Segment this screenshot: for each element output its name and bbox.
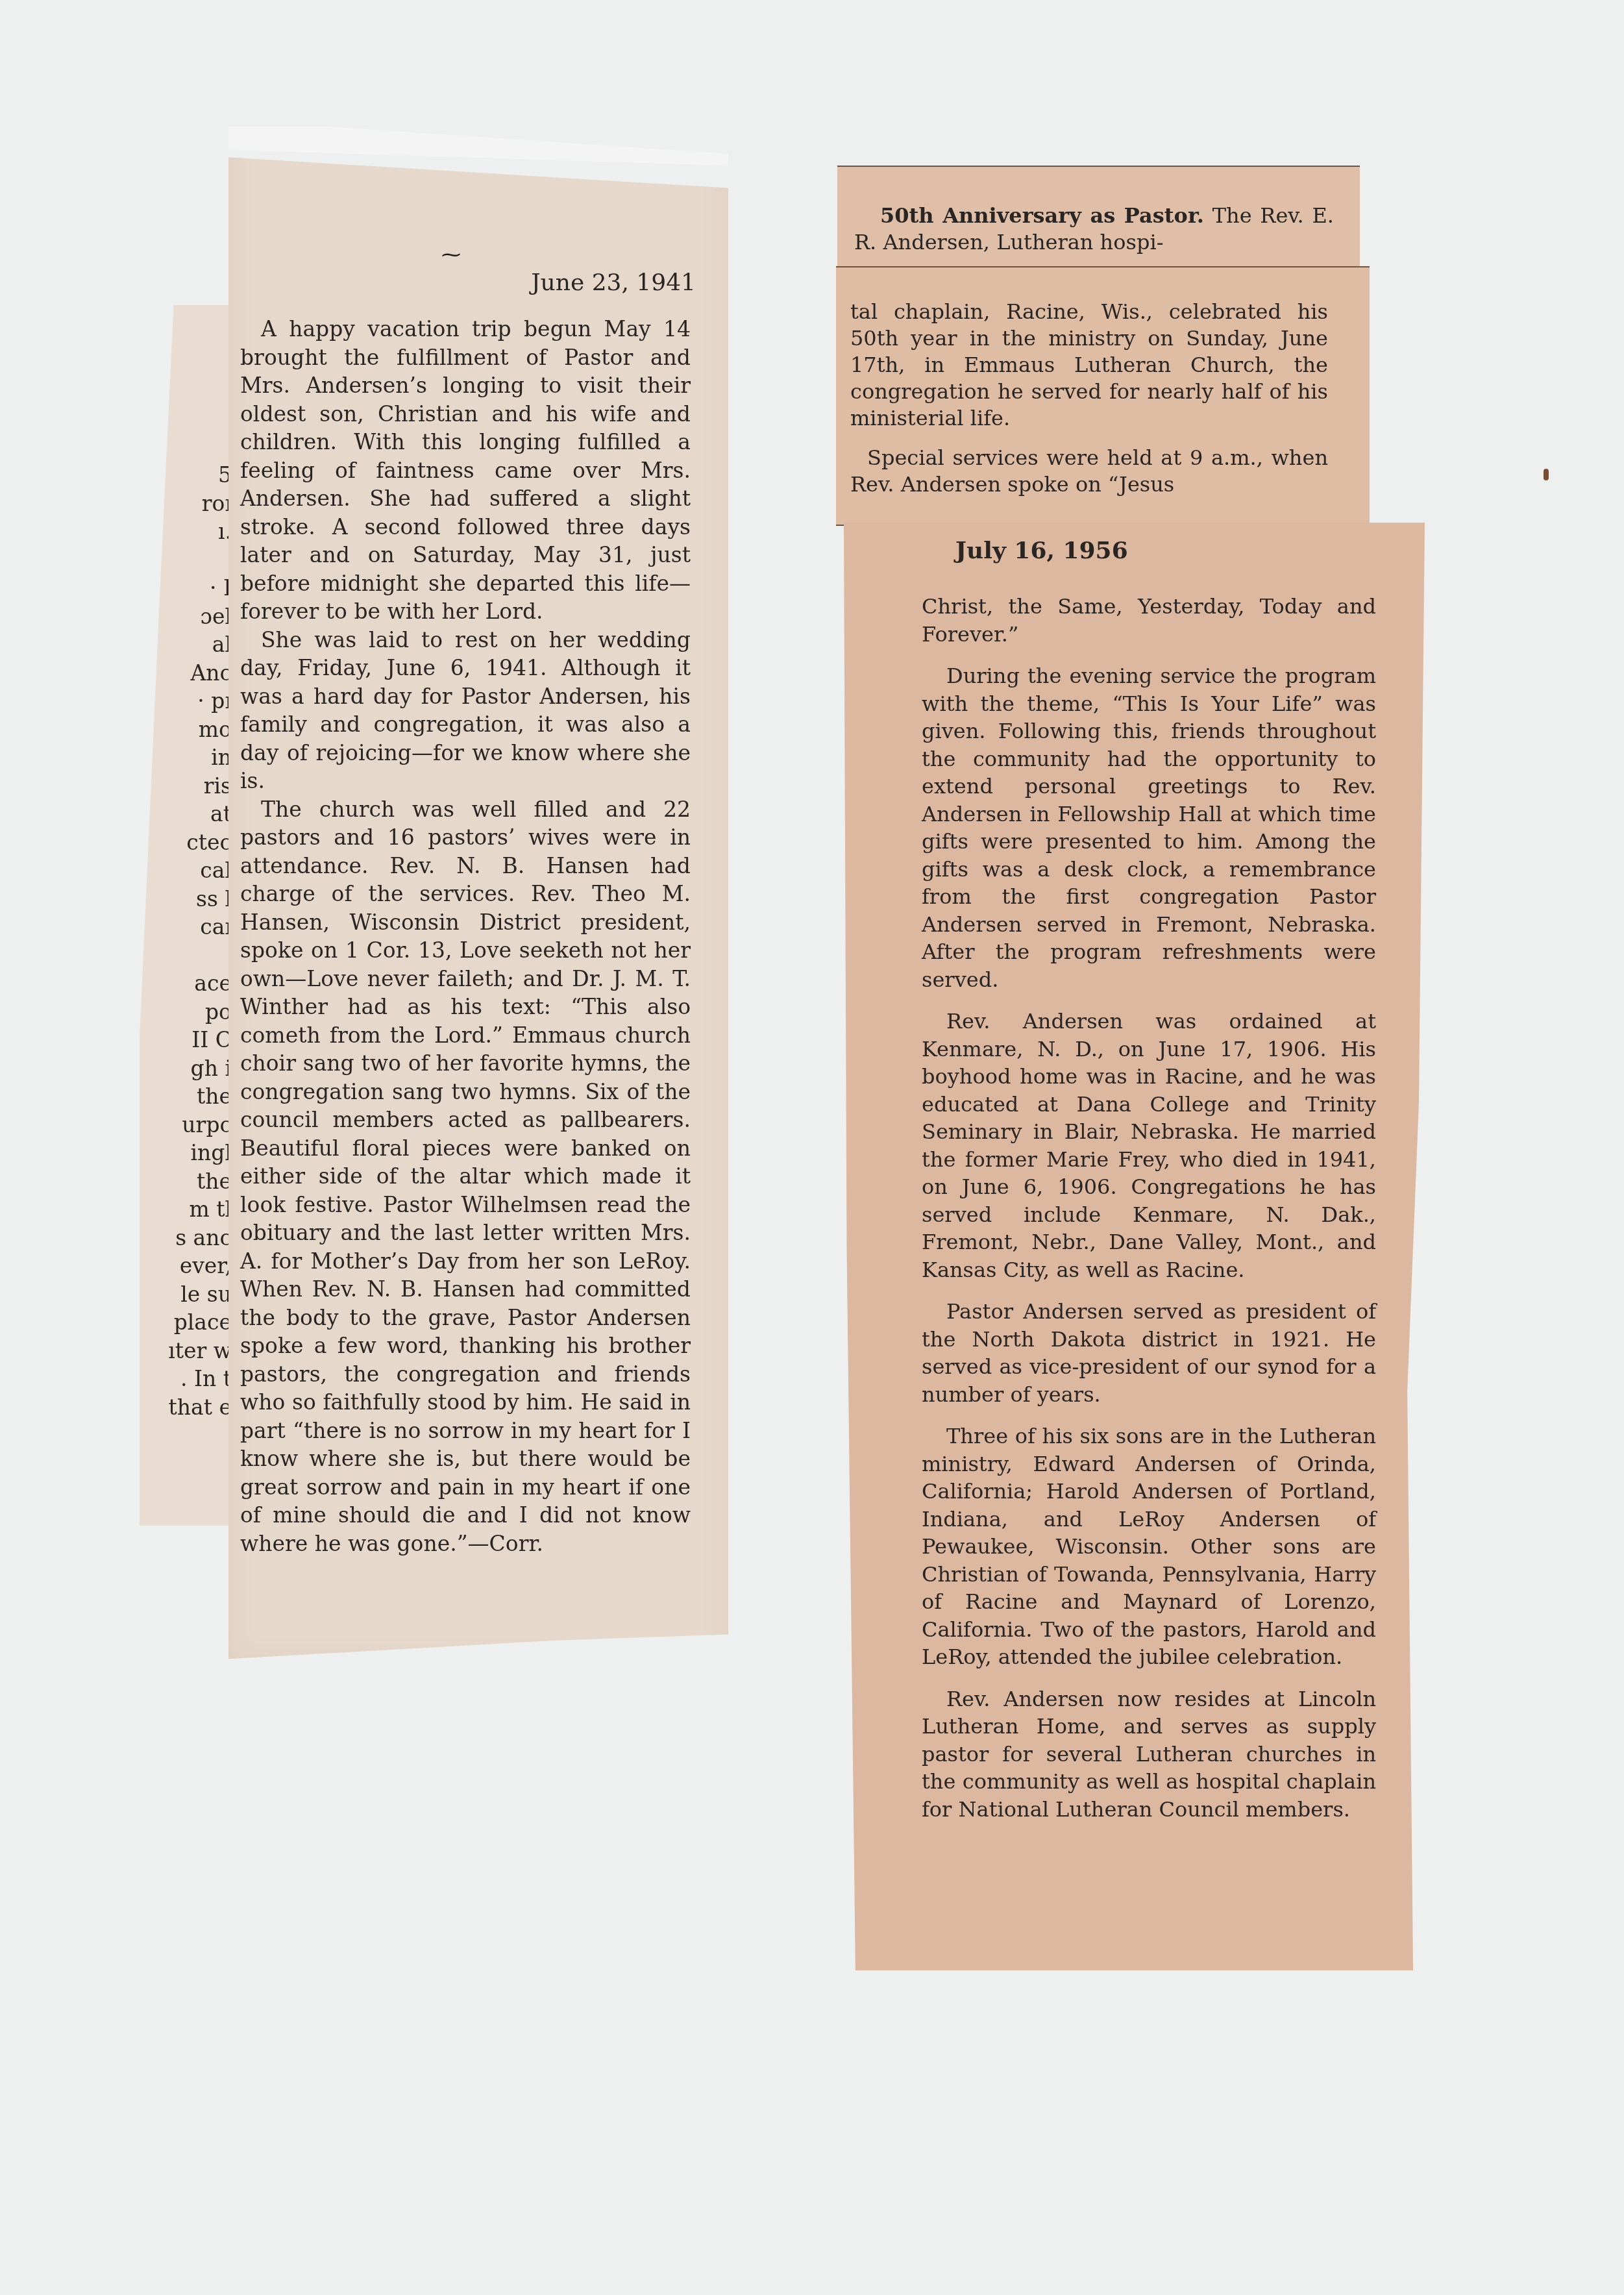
paragraph: During the evening service the pro­gram … <box>922 662 1376 993</box>
paragraph: Three of his six sons are in the Lu­ther… <box>922 1422 1376 1671</box>
paragraph: The church was well filled and 22 pastor… <box>240 795 691 1558</box>
headline-bold: 50th Anniversary as Pastor. <box>880 203 1204 228</box>
paper-speck <box>1544 469 1549 480</box>
paragraph: tal chaplain, Racine, Wis., celebrated h… <box>850 299 1328 432</box>
paragraph: Rev. Andersen now resides at Lin­coln Lu… <box>922 1685 1376 1824</box>
paragraph: She was laid to rest on her wedding day,… <box>240 626 691 795</box>
article-body: A happy vacation trip begun May 14 broug… <box>240 315 691 1557</box>
clipping-date: July 16, 1956 <box>955 537 1128 564</box>
paragraph: Christ, the Same, Yesterday, Today and F… <box>922 593 1376 648</box>
clipping-1956-continuation: tal chaplain, Racine, Wis., celebrated h… <box>836 266 1370 526</box>
tape-strip <box>228 127 728 166</box>
ink-mark: ⁓ <box>441 243 461 266</box>
paragraph: Pastor Andersen served as presi­dent of … <box>922 1298 1376 1408</box>
paragraph: Rev. Andersen was ordained at Kenmare, N… <box>922 1008 1376 1284</box>
paragraph: A happy vacation trip begun May 14 broug… <box>240 315 691 626</box>
article-body: Christ, the Same, Yesterday, Today and F… <box>922 593 1376 1837</box>
adjacent-column-fragment: 5 roı ı. · I ɔel al Anc · pı mo in ris a… <box>140 305 237 1526</box>
clipping-1941-obituary: June 23, 1941 A happy vacation trip begu… <box>228 127 728 1662</box>
headline: 50th Anniversary as Pastor. The Rev. E. … <box>854 203 1334 256</box>
fragment-text: 5 roı ı. · I ɔel al Anc · pı mo in ris a… <box>168 461 232 1421</box>
article-body: tal chaplain, Racine, Wis., celebrated h… <box>850 299 1328 511</box>
paragraph: Special services were held at 9 a.m., wh… <box>850 445 1328 498</box>
clipping-1956-headline: 50th Anniversary as Pastor. The Rev. E. … <box>837 166 1360 273</box>
clipping-date: June 23, 1941 <box>531 269 696 296</box>
clipping-1956-anniversary: July 16, 1956 Christ, the Same, Yesterda… <box>844 523 1425 1970</box>
